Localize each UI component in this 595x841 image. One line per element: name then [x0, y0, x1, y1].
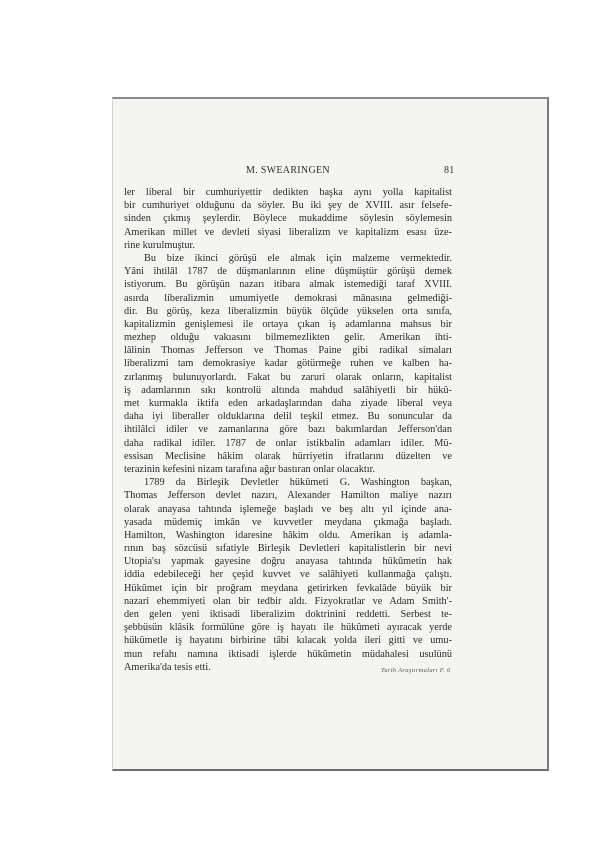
text-line: iddia edebileceği her çeşid kuvvet ve sa…: [124, 568, 452, 581]
text-line: yasada müdemiç imkân ve kuvvetler meydan…: [124, 516, 452, 529]
text-line: sinden çıkmış şeylerdir. Böylece mukaddi…: [124, 212, 452, 225]
text-line: istiyorum. Bu görüşün nazarı itibara alm…: [124, 278, 452, 291]
page-number: 81: [444, 165, 455, 176]
text-line: Bu bize ikinci görüşü ele almak için mal…: [124, 252, 452, 265]
text-line: Hamilton, Washington idaresine hâkim old…: [124, 529, 452, 542]
text-line: Hükûmet için bir proğram meydana getirir…: [124, 582, 452, 595]
text-line: asırda liberalizmin umumiyetle demokrasi…: [124, 292, 452, 305]
text-line: mun refahı namına iktisadi işlerde hükûm…: [124, 648, 452, 661]
text-line: zırlanmış bulunuyorlardı. Fakat bu zarur…: [124, 371, 452, 384]
text-line: den gelen yeni iktisadi liberalizim dokt…: [124, 608, 452, 621]
text-line: nazari ehemmiyeti olan bir tedbir aldı. …: [124, 595, 452, 608]
text-line: rının baş sözcüsü sıfatiyle Birleşik Dev…: [124, 542, 452, 555]
text-line: olarak anayasa tahtında işlemeğe başladı…: [124, 503, 452, 516]
text-line: bir cumhuriyet olduğunu da söyler. Bu ik…: [124, 199, 452, 212]
text-line: Utopia'sı yapmak gayesine doğru anayasa …: [124, 555, 452, 568]
text-line: liberalizmi tam demokrasiye kadar götürm…: [124, 357, 452, 370]
text-line: essisan Meclisine hâkim olarak hürriyeti…: [124, 450, 452, 463]
text-line: rine kurulmuştur.: [124, 239, 452, 252]
text-line: lâlinin Thomas Jefferson ve Thomas Paine…: [124, 344, 452, 357]
text-line: ler liberal bir cumhuriyettir dedikten b…: [124, 186, 452, 199]
running-head-author: M. SWEARINGEN: [246, 165, 330, 176]
signature-mark: Tarih Araştırmaları F. 6: [381, 667, 451, 674]
text-line: şebbüsün klâsik formülüne göre iş hayatı…: [124, 621, 452, 634]
scanned-page: M. SWEARINGEN 81 ler liberal bir cumhuri…: [112, 97, 549, 771]
text-line: iş adamlarının sıkı kontrolü altında mah…: [124, 384, 452, 397]
text-line: mezhep olduğu vakıasını bilmemezlikten g…: [124, 331, 452, 344]
text-line: met kurmakla iktifa eden arkadaşlarından…: [124, 397, 452, 410]
text-line: dir. Bu görüş, keza liberalizmin büyük ö…: [124, 305, 452, 318]
text-line: Thomas Jefferson devlet nazırı, Alexande…: [124, 489, 452, 502]
text-line: ihtilâlci idiler ve zamanlarına göre baz…: [124, 423, 452, 436]
text-line: daha iyi liberaller olduklarına delil te…: [124, 410, 452, 423]
text-line: Amerikan millet ve devleti siyasi libera…: [124, 226, 452, 239]
text-line: hükûmetle iş hayatını birbirine tâbi kıl…: [124, 634, 452, 647]
text-line: terazinin kefesini nizam tarafına ağır b…: [124, 463, 452, 476]
text-line: kapitalizmin genişlemesi ile ortaya çıka…: [124, 318, 452, 331]
text-line: 1789 da Birleşik Devletler hükûmeti G. W…: [124, 476, 452, 489]
text-line: Yâni ihtilâl 1787 de düşmanlarının eline…: [124, 265, 452, 278]
text-line: daha radikal idiler. 1787 de onlar istik…: [124, 437, 452, 450]
body-text: ler liberal bir cumhuriyettir dedikten b…: [124, 186, 452, 674]
